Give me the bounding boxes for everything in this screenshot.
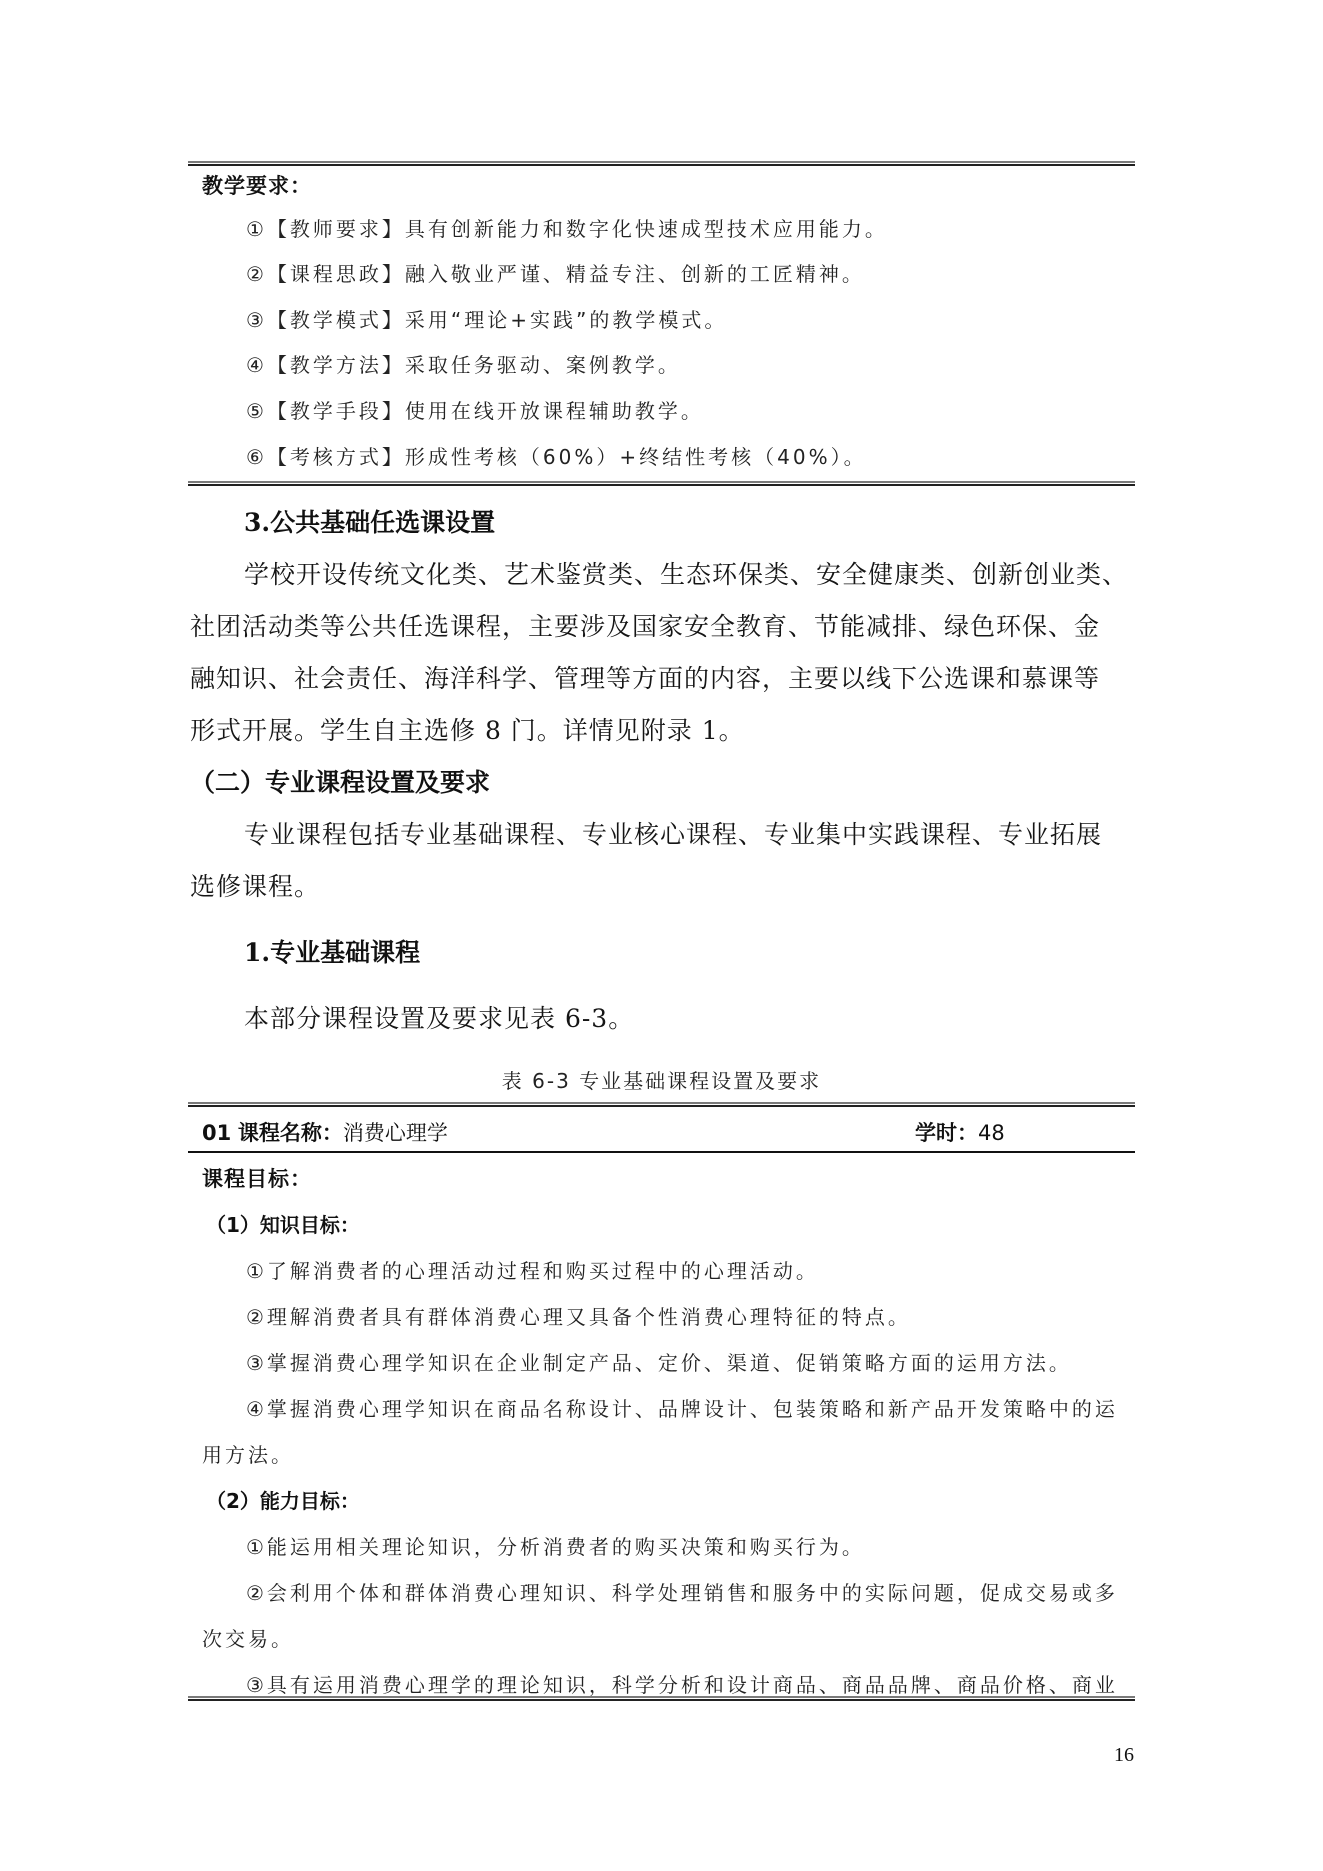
- table-bottom-rule: [188, 1696, 1135, 1701]
- table-caption: 表 6-3 专业基础课程设置及要求: [0, 1065, 1323, 1094]
- ability-item: ①能运用相关理论知识，分析消费者的购买决策和购买行为。: [246, 1531, 865, 1560]
- requirement-item: ⑥【考核方式】形成性考核（60%）+终结性考核（40%）。: [246, 441, 867, 470]
- course-name: 消费心理学: [343, 1121, 448, 1145]
- requirement-item: ③【教学模式】采用“理论+实践”的教学模式。: [246, 304, 727, 333]
- knowledge-item: ③掌握消费心理学知识在企业制定产品、定价、渠道、促销策略方面的运用方法。: [246, 1347, 1072, 1376]
- paragraph-line: 选修课程。: [190, 867, 320, 903]
- page-number: 16: [1114, 1744, 1134, 1767]
- paragraph-line: 学校开设传统文化类、艺术鉴赏类、生态环保类、安全健康类、创新创业类、: [244, 555, 1128, 591]
- subsection-heading: 1.专业基础课程: [244, 933, 420, 969]
- course-number: 01: [202, 1121, 231, 1145]
- knowledge-item: ①了解消费者的心理活动过程和购买过程中的心理活动。: [246, 1255, 819, 1284]
- table-row-divider: [188, 1151, 1135, 1153]
- course-name-label: 课程名称：: [238, 1121, 343, 1145]
- ability-item: ③具有运用消费心理学的理论知识，科学分析和设计商品、商品品牌、商品价格、商业: [246, 1669, 1118, 1698]
- knowledge-objectives-label: （1）知识目标：: [206, 1209, 360, 1238]
- table-top-rule: [188, 161, 1135, 166]
- document-page: 教学要求： ①【教师要求】具有创新能力和数字化快速成型技术应用能力。 ②【课程思…: [0, 0, 1323, 1871]
- teaching-requirements-label: 教学要求：: [202, 170, 312, 200]
- requirement-item: ①【教师要求】具有创新能力和数字化快速成型技术应用能力。: [246, 213, 888, 242]
- table-bottom-rule: [188, 481, 1135, 486]
- knowledge-item: ④掌握消费心理学知识在商品名称设计、品牌设计、包装策略和新产品开发策略中的运: [246, 1393, 1118, 1422]
- section-heading: 3.公共基础任选课设置: [244, 503, 495, 539]
- objectives-label: 课程目标：: [202, 1163, 312, 1193]
- ability-item: ②会利用个体和群体消费心理知识、科学处理销售和服务中的实际问题，促成交易或多: [246, 1577, 1118, 1606]
- knowledge-item-continued: 用方法。: [202, 1439, 294, 1468]
- ability-item-continued: 次交易。: [202, 1623, 294, 1652]
- paragraph-line: 社团活动类等公共任选课程，主要涉及国家安全教育、节能减排、绿色环保、金: [190, 607, 1100, 643]
- knowledge-item: ②理解消费者具有群体消费心理又具备个性消费心理特征的特点。: [246, 1301, 911, 1330]
- paragraph-line: 融知识、社会责任、海洋科学、管理等方面的内容，主要以线下公选课和慕课等: [190, 659, 1100, 695]
- section-heading: （二）专业课程设置及要求: [190, 763, 490, 799]
- requirement-item: ④【教学方法】采取任务驱动、案例教学。: [246, 349, 681, 378]
- paragraph-line: 专业课程包括专业基础课程、专业核心课程、专业集中实践课程、专业拓展: [244, 815, 1102, 851]
- requirement-item: ⑤【教学手段】使用在线开放课程辅助教学。: [246, 395, 704, 424]
- course-header-row: 01 课程名称：消费心理学 学时：48: [202, 1117, 1122, 1147]
- hours-label: 学时：: [915, 1121, 978, 1145]
- ability-objectives-label: （2）能力目标：: [206, 1485, 360, 1514]
- hours-value: 48: [978, 1121, 1005, 1145]
- paragraph-line: 形式开展。学生自主选修 8 门。详情见附录 1。: [190, 711, 745, 747]
- paragraph-line: 本部分课程设置及要求见表 6-3。: [244, 999, 634, 1035]
- course-hours: 学时：48: [915, 1117, 1005, 1147]
- table-top-rule: [188, 1102, 1135, 1107]
- requirement-item: ②【课程思政】融入敬业严谨、精益专注、创新的工匠精神。: [246, 258, 865, 287]
